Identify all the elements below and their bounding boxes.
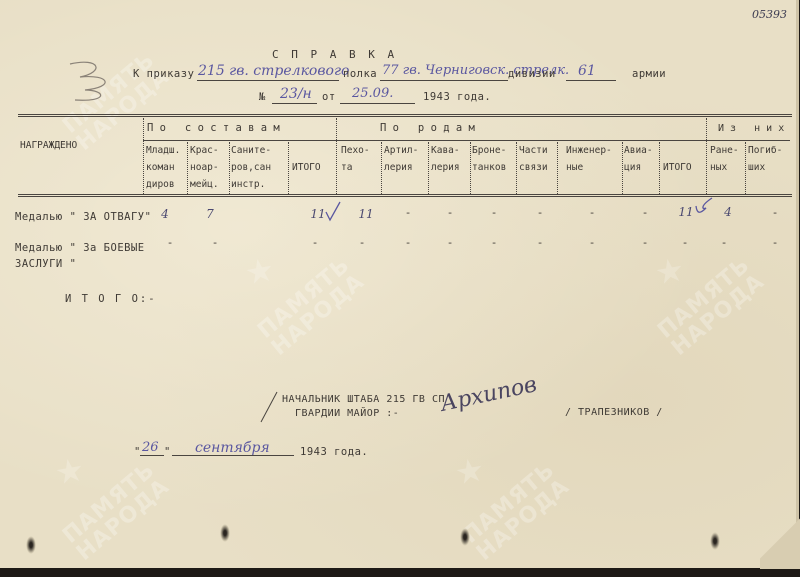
table-cell: - [160, 236, 180, 249]
table-cell: - [765, 206, 785, 219]
underline [566, 80, 616, 81]
table-header-bottom-rule [18, 194, 792, 197]
date-quote-open: " [134, 446, 141, 458]
document-title: С П Р А В К А [272, 48, 397, 61]
signatory-position-line1: НАЧАЛЬНИК ШТАБА 215 ГВ СП [282, 394, 445, 405]
underline [340, 103, 415, 104]
table-cell: - [440, 236, 460, 249]
punch-hole [460, 528, 470, 546]
document-sheet: ★ ПАМЯТЬНАРОДА ★ ПАМЯТЬНАРОДА ★ ПАМЯТЬНА… [0, 0, 799, 568]
order-number-field: 23/н [280, 86, 312, 102]
table-cell: - [484, 236, 504, 249]
column-header: ИТОГО [663, 159, 692, 176]
column-header: Погиб- ших [748, 142, 782, 176]
column-separator [745, 142, 746, 194]
table-cell: - [530, 236, 550, 249]
watermark-star-icon: ★ [51, 438, 88, 496]
watermark-star-icon: ★ [241, 238, 278, 296]
column-separator [516, 142, 517, 194]
column-header: ИТОГО [292, 159, 321, 176]
column-separator [381, 142, 382, 194]
date-quote-close: " [164, 446, 171, 458]
table-cell: - [440, 206, 460, 219]
underline [380, 80, 508, 81]
table-cell: - [582, 236, 602, 249]
order-number-prefix: № [259, 91, 266, 103]
underline [272, 103, 317, 104]
column-header: Крас- ноар- мейц. [190, 142, 219, 193]
column-separator [187, 142, 188, 194]
order-year: 1943 года. [423, 91, 491, 103]
table-cell: 4 [155, 207, 175, 221]
column-header: Кава- лерия [431, 142, 460, 176]
group-header-by-branch: П о р о д а м [380, 120, 475, 137]
table-cell: 11 [676, 205, 696, 219]
handwritten-mark-icon [60, 52, 120, 107]
table-cell: 4 [718, 205, 738, 219]
watermark-star-icon: ★ [451, 438, 488, 496]
column-separator [143, 118, 144, 194]
punch-hole [220, 524, 230, 542]
header-divider [143, 140, 790, 141]
checkmark-icon [694, 196, 714, 218]
underline [172, 455, 294, 456]
column-header: Младш. коман диров [146, 142, 180, 193]
column-separator [622, 142, 623, 194]
total-label: И Т О Г О:- [65, 293, 157, 305]
date-year: 1943 года. [300, 446, 368, 458]
table-cell: 11 [356, 207, 376, 221]
order-date-prefix: от [322, 91, 336, 103]
regiment-suffix: полка [343, 68, 377, 80]
checkmark-icon [324, 200, 342, 222]
column-separator [557, 142, 558, 194]
group-header-by-staff: П о с о с т а в а м [147, 120, 280, 137]
column-separator [659, 142, 660, 194]
signatory-position-line2: ГВАРДИИ МАЙОР :- [295, 408, 399, 419]
column-header: Броне- танков [472, 142, 506, 176]
table-cell: - [352, 236, 372, 249]
row-header-awarded: НАГРАЖДЕНО [20, 137, 77, 154]
table-cell: - [484, 206, 504, 219]
table-top-rule [18, 114, 792, 117]
underline [197, 80, 339, 81]
column-separator [706, 118, 707, 194]
column-separator [336, 118, 337, 194]
punch-hole [710, 532, 720, 550]
column-header: Части связи [519, 142, 548, 176]
regiment-field: 215 гв. стрелкового [198, 63, 349, 79]
table-cell: 7 [200, 207, 220, 221]
table-cell: - [398, 236, 418, 249]
row-label: Медалью " За БОЕВЫЕ ЗАСЛУГИ " [15, 240, 145, 272]
handwritten-signature: Архипов [438, 372, 539, 417]
group-header-of-them: И з н и х [718, 120, 784, 137]
army-suffix: армии [632, 68, 666, 80]
table-cell: - [205, 236, 225, 249]
signatory-name: / ТРАПЕЗНИКОВ / [565, 407, 663, 418]
table-cell: - [398, 206, 418, 219]
column-header: Санитe- ров,сан инстр. [231, 142, 271, 193]
column-header: Пехо- та [341, 142, 370, 176]
column-header: Артил- лерия [384, 142, 418, 176]
slash-mark-icon [255, 388, 285, 428]
column-header: Инженер- ные [566, 142, 612, 176]
column-separator [288, 142, 289, 194]
table-cell: - [635, 206, 655, 219]
row-label: Медалью " ЗА ОТВАГУ" [15, 211, 151, 223]
table-cell: - [675, 236, 695, 249]
table-cell: - [530, 206, 550, 219]
order-prefix: К приказу [133, 68, 194, 80]
column-header: Ране- ных [710, 142, 739, 176]
order-date-field: 25.09. [352, 86, 393, 101]
table-cell: - [305, 236, 325, 249]
punch-hole [26, 536, 36, 554]
table-cell: - [582, 206, 602, 219]
column-header: Авиа- ция [624, 142, 653, 176]
underline [140, 455, 164, 456]
army-field: 61 [578, 63, 596, 79]
table-cell: - [765, 236, 785, 249]
table-cell: - [635, 236, 655, 249]
column-separator [470, 142, 471, 194]
archive-number: 05393 [752, 8, 787, 21]
table-cell: - [714, 236, 734, 249]
date-month-field: сентября [195, 440, 270, 456]
column-separator [428, 142, 429, 194]
date-day-field: 26 [142, 440, 159, 455]
division-suffix: дивизии [508, 68, 556, 80]
column-separator [229, 142, 230, 194]
